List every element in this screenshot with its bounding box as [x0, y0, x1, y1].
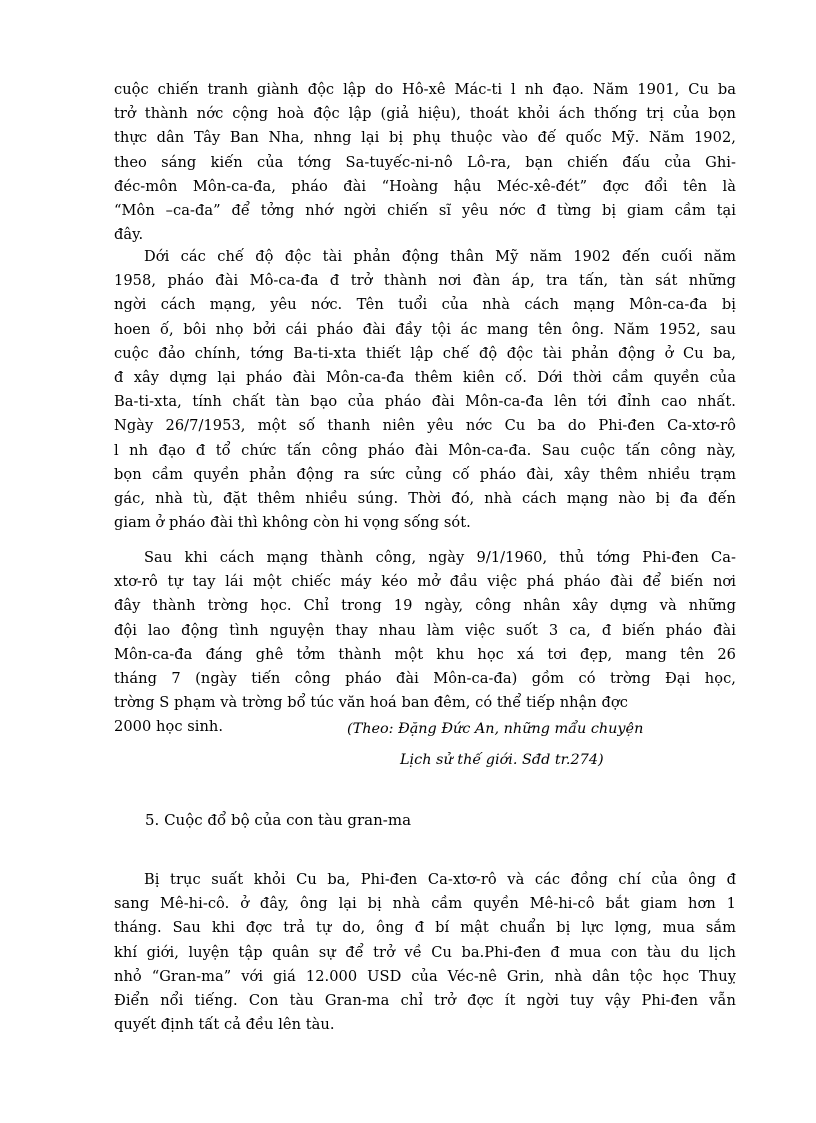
text-line: bọn cầm quyền phản động ra sức củng cố p… — [114, 463, 736, 487]
section-heading: 5. Cuộc đổ bộ của con tàu gran-ma — [145, 808, 411, 832]
text-line: Ngày 26/7/1953, một số thanh niên yêu nớ… — [114, 414, 736, 438]
text-line: đây. — [114, 223, 736, 247]
text-line: nhỏ “Gran-ma” với giá 12.000 USD của Véc… — [114, 965, 736, 989]
text-line: cuộc đảo chính, tớng Ba-ti-xta thiết lập… — [114, 342, 736, 366]
citation-line-2: Lịch sử thế giới. Sđd tr.274) — [400, 748, 604, 772]
text-line: trờng S phạm và trờng bổ túc văn hoá ban… — [114, 691, 736, 715]
text-line: Sau khi cách mạng thành công, ngày 9/1/1… — [114, 546, 736, 570]
paragraph-2: Dới các chế độ độc tài phản động thân Mỹ… — [114, 245, 736, 535]
text-line: 1958, pháo đài Mô-ca-đa đ trở thành nơi … — [114, 269, 736, 293]
citation-line-1: (Theo: Đặng Đức An, những mẩu chuyện — [347, 717, 643, 741]
paragraph-3: Sau khi cách mạng thành công, ngày 9/1/1… — [114, 546, 736, 740]
text-line: quyết định tất cả đều lên tàu. — [114, 1013, 736, 1037]
text-line: Môn-ca-đa đáng ghê tởm thành một khu học… — [114, 643, 736, 667]
text-line: sang Mê-hi-cô. ở đây, ông lại bị nhà cầm… — [114, 892, 736, 916]
text-line: Dới các chế độ độc tài phản động thân Mỹ… — [114, 245, 736, 269]
text-line: l nh đạo đ tổ chức tấn công pháo đài Môn… — [114, 439, 736, 463]
text-line: khí giới, luyện tập quân sự để trở về Cu… — [114, 941, 736, 965]
text-line: trở thành nớc cộng hoà độc lập (giả hiệu… — [114, 102, 736, 126]
text-line: tháng. Sau khi đợc trả tự do, ông đ bí m… — [114, 916, 736, 940]
document-page: cuộc chiến tranh giành độc lập do Hô-xê … — [0, 0, 816, 1123]
text-line: đ xây dựng lại pháo đài Môn-ca-đa thêm k… — [114, 366, 736, 390]
text-line: gác, nhà tù, đặt thêm nhiều súng. Thời đ… — [114, 487, 736, 511]
text-line: giam ở pháo đài thì không còn hi vọng số… — [114, 511, 736, 535]
text-line: Ba-ti-xta, tính chất tàn bạo của pháo đà… — [114, 390, 736, 414]
text-line: đội lao động tình nguyện thay nhau làm v… — [114, 619, 736, 643]
text-line: đéc-môn Môn-ca-đa, pháo đài “Hoàng hậu M… — [114, 175, 736, 199]
text-line: tháng 7 (ngày tiến công pháo đài Môn-ca-… — [114, 667, 736, 691]
text-line: Bị trục suất khỏi Cu ba, Phi-đen Ca-xtơ-… — [114, 868, 736, 892]
text-line: thực dân Tây Ban Nha, nhng lại bị phụ th… — [114, 126, 736, 150]
text-line: theo sáng kiến của tớng Sa-tuyếc-ni-nô L… — [114, 151, 736, 175]
text-line: cuộc chiến tranh giành độc lập do Hô-xê … — [114, 78, 736, 102]
text-line: hoen ố, bôi nhọ bởi cái pháo đài đầy tội… — [114, 318, 736, 342]
text-line: ngời cách mạng, yêu nớc. Tên tuổi của nh… — [114, 293, 736, 317]
text-line: Điển nổi tiếng. Con tàu Gran-ma chỉ trở … — [114, 989, 736, 1013]
text-line: đây thành trờng học. Chỉ trong 19 ngày, … — [114, 594, 736, 618]
text-line: xtơ-rô tự tay lái một chiếc máy kéo mở đ… — [114, 570, 736, 594]
paragraph-1: cuộc chiến tranh giành độc lập do Hô-xê … — [114, 78, 736, 247]
text-line: “Môn –ca-đa” để tởng nhớ ngời chiến sĩ y… — [114, 199, 736, 223]
paragraph-4: Bị trục suất khỏi Cu ba, Phi-đen Ca-xtơ-… — [114, 868, 736, 1037]
